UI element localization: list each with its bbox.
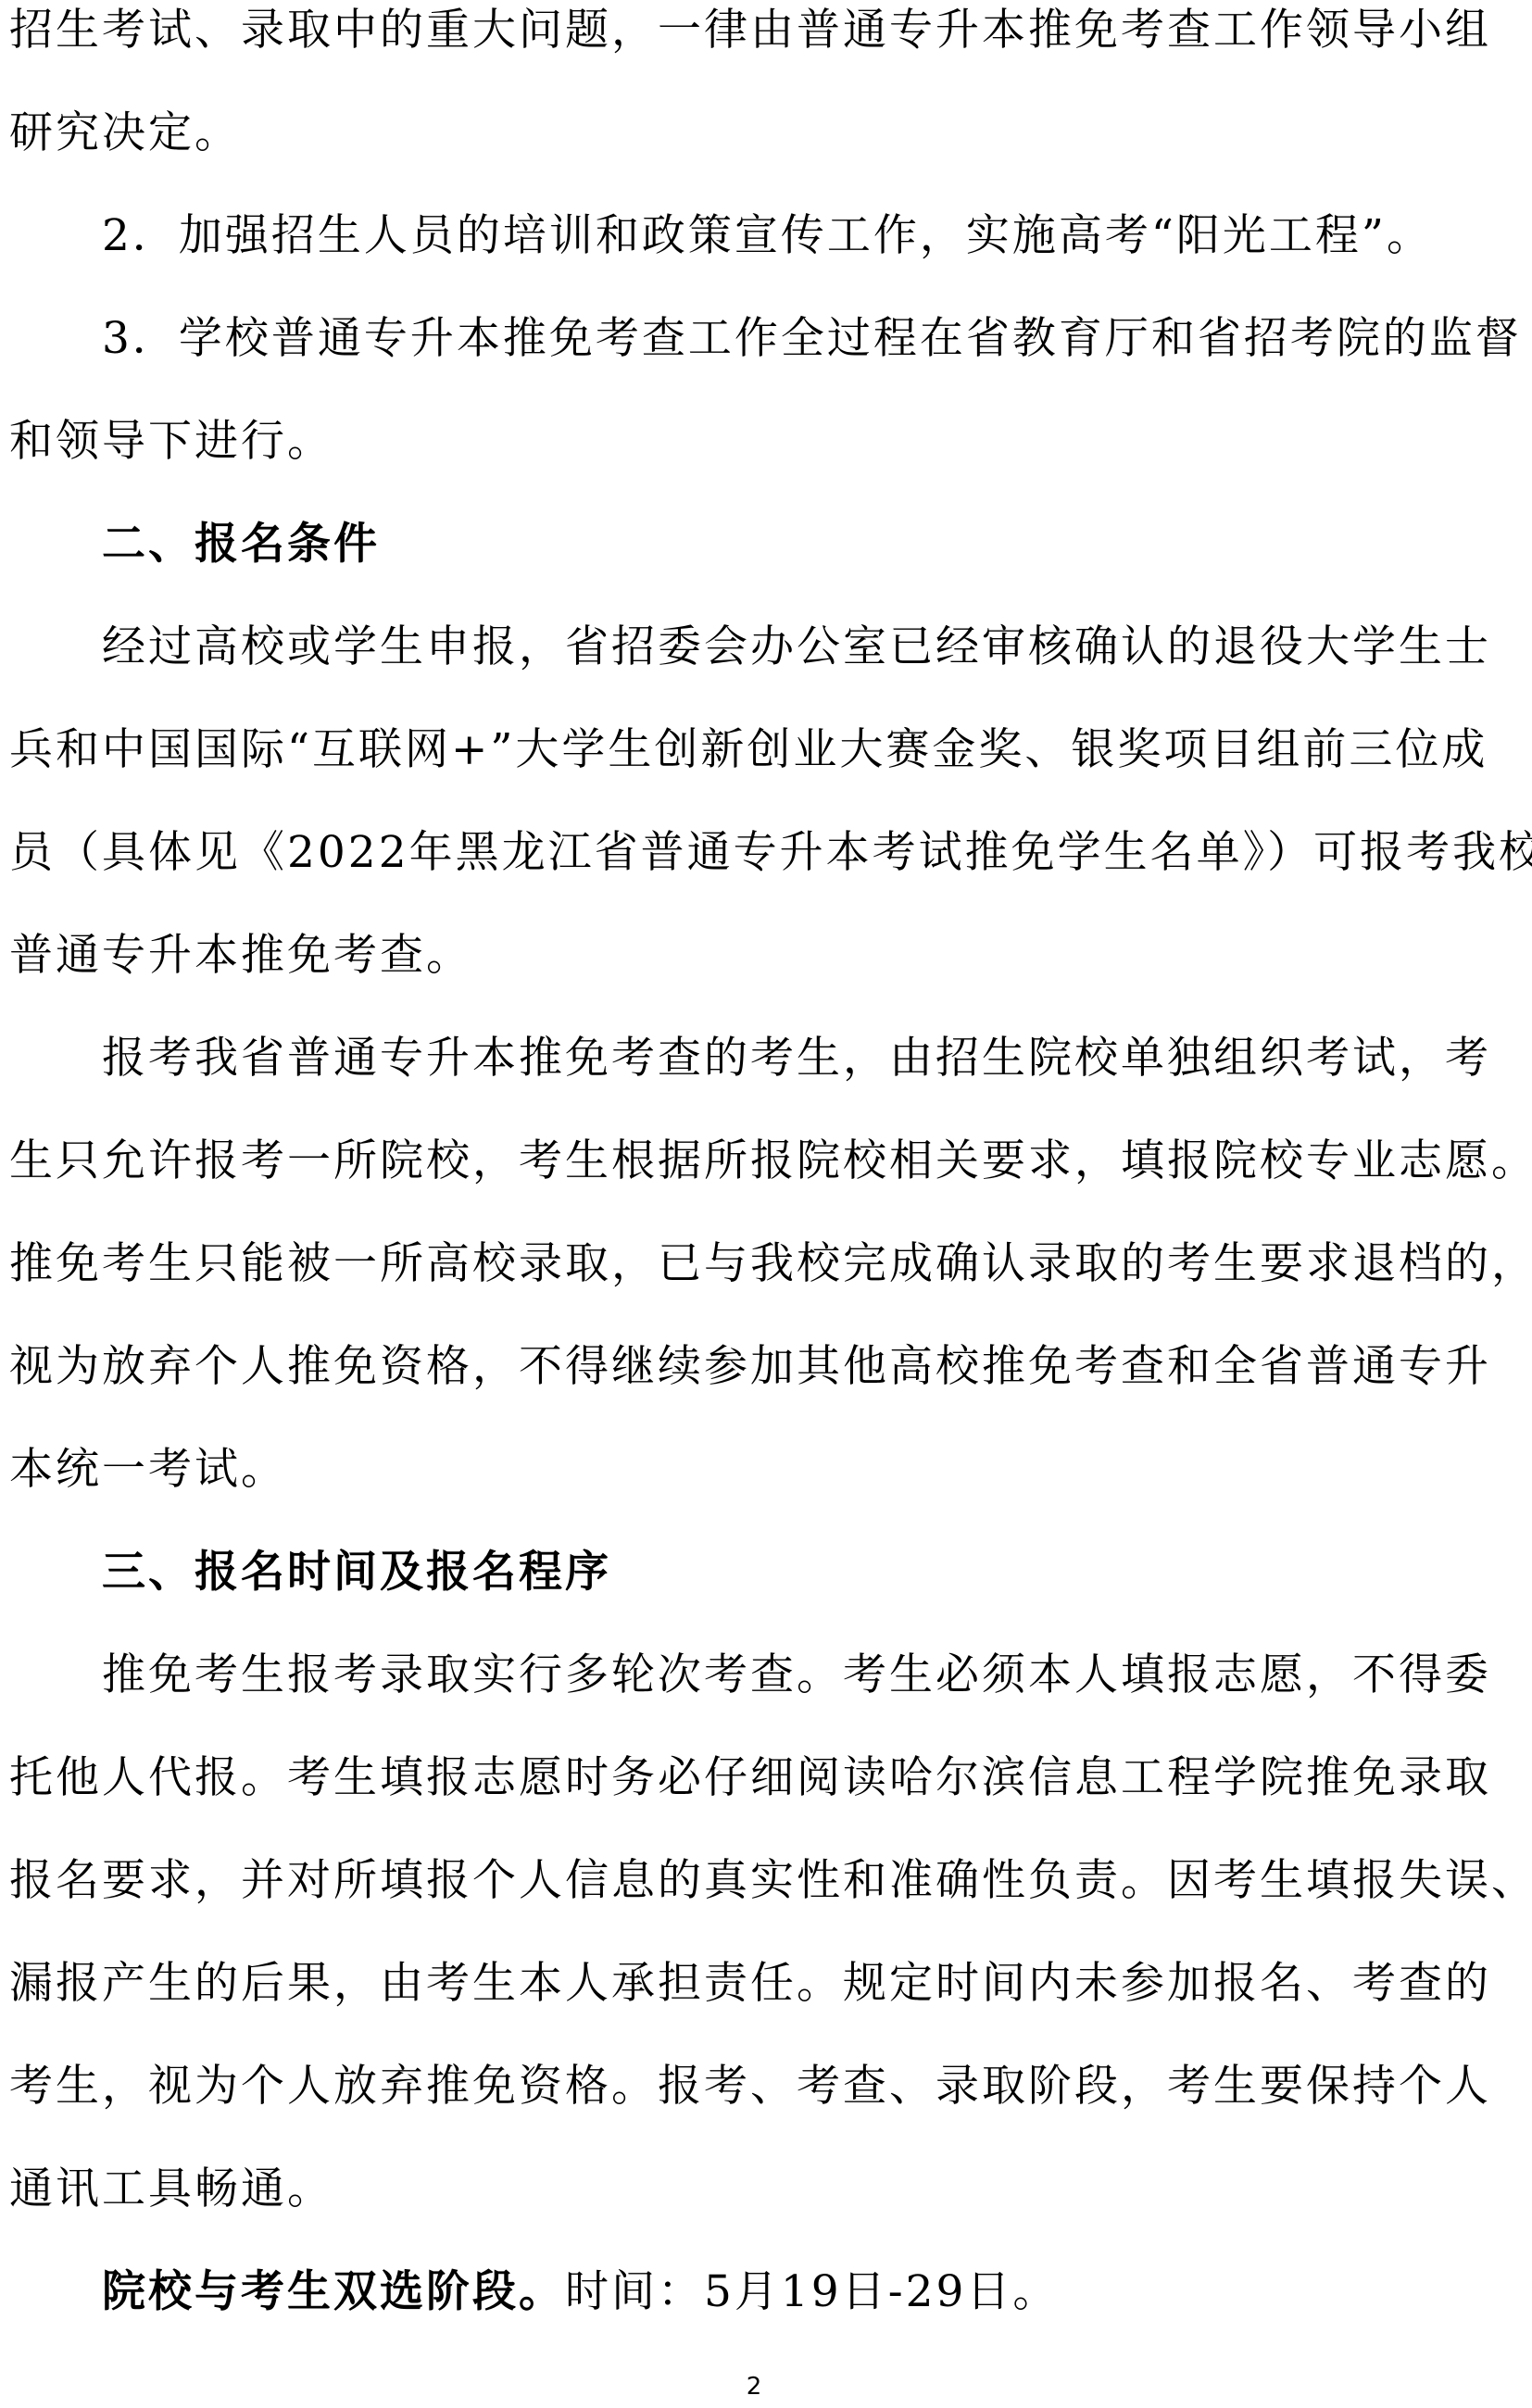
body-text-line: 漏报产生的后果，由考生本人承担责任。规定时间内未参加报名、考查的 — [9, 1956, 1491, 2012]
section-heading-2: 二、报名条件 — [102, 517, 380, 572]
list-item-3: 3．学校普通专升本推免考查工作全过程在省教育厅和省招考院的监督 — [102, 311, 1522, 367]
body-text-line: 招生考试、录取中的重大问题，一律由普通专升本推免考查工作领导小组 — [9, 3, 1491, 58]
stage-title: 院校与考生双选阶段。 — [102, 2266, 565, 2317]
stage-time: 时间：5月19日-29日。 — [565, 2266, 1059, 2317]
paragraph-start: 报考我省普通专升本推免考查的考生，由招生院校单独组织考试，考 — [102, 1031, 1491, 1086]
body-text-line: 托他人代报。考生填报志愿时务必仔细阅读哈尔滨信息工程学院推免录取 — [9, 1750, 1491, 1806]
body-text-line: 考生，视为个人放弃推免资格。报考、考查、录取阶段，考生要保持个人 — [9, 2059, 1491, 2114]
list-item-2: 2．加强招生人员的培训和政策宣传工作，实施高考“阳光工程”。 — [102, 208, 1433, 264]
paragraph-start: 经过高校或学生申报，省招委会办公室已经审核确认的退役大学生士 — [102, 620, 1491, 675]
body-text-line: 报名要求，并对所填报个人信息的真实性和准确性负责。因考生填报失误、 — [9, 1853, 1532, 1909]
stage-line: 院校与考生双选阶段。时间：5月19日-29日。 — [102, 2264, 1059, 2320]
body-text-line: 研究决定。 — [9, 106, 241, 161]
body-text-line: 生只允许报考一所院校，考生根据所报院校相关要求，填报院校专业志愿。 — [9, 1134, 1532, 1189]
document-page: 招生考试、录取中的重大问题，一律由普通专升本推免考查工作领导小组 研究决定。 2… — [0, 0, 1532, 2408]
body-text-line: 员（具体见《2022年黑龙江省普通专升本考试推免学生名单》）可报考我校 — [9, 825, 1532, 881]
paragraph-start: 推免考生报考录取实行多轮次考查。考生必须本人填报志愿，不得委 — [102, 1648, 1491, 1703]
body-text-line: 视为放弃个人推免资格，不得继续参加其他高校推免考查和全省普通专升 — [9, 1339, 1491, 1395]
body-text-line: 推免考生只能被一所高校录取，已与我校完成确认录取的考生要求退档的， — [9, 1236, 1532, 1292]
page-number: 2 — [741, 2371, 767, 2402]
body-text-line: 本统一考试。 — [9, 1442, 287, 1498]
section-heading-3: 三、报名时间及报名程序 — [102, 1545, 611, 1600]
body-text-line: 普通专升本推免考查。 — [9, 928, 472, 984]
body-text-line: 通讯工具畅通。 — [9, 2162, 333, 2217]
body-text-line: 兵和中国国际“互联网+”大学生创新创业大赛金奖、银奖项目组前三位成 — [9, 722, 1488, 778]
body-text-line: 和领导下进行。 — [9, 414, 333, 470]
